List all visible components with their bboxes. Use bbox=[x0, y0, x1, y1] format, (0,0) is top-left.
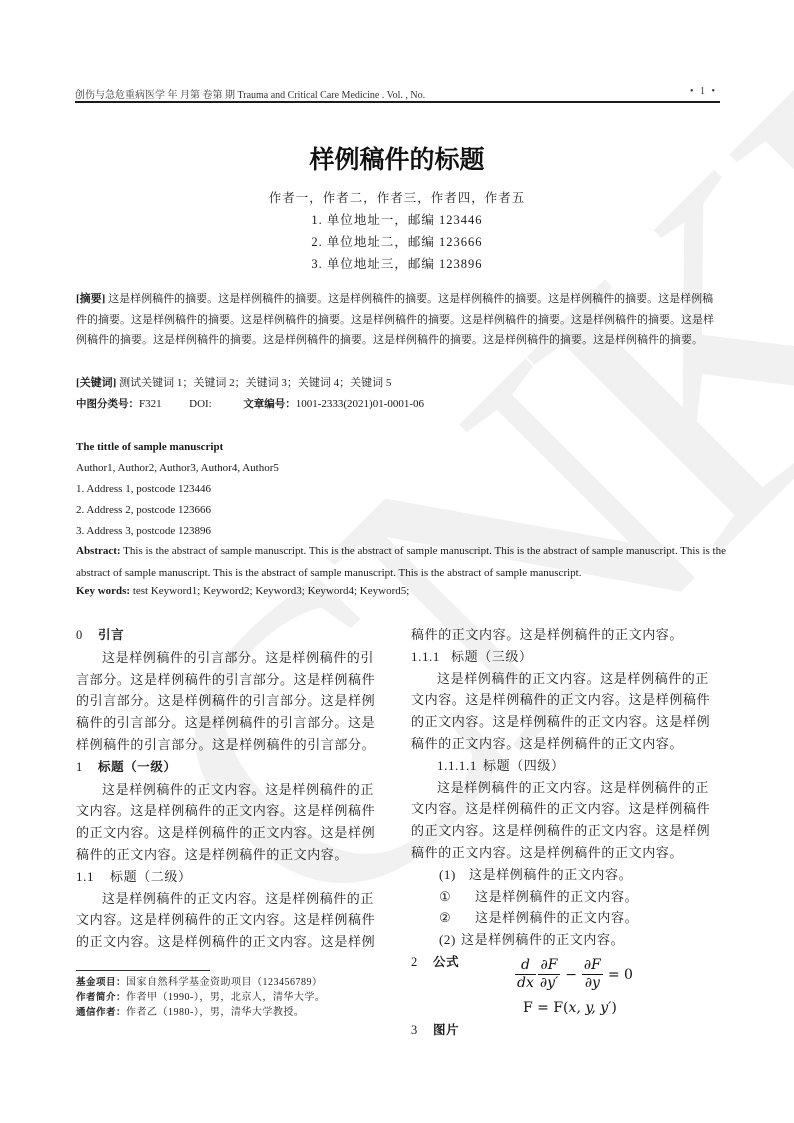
section-1-1-paragraph-continued: 稿件的正文内容。这是样例稿件的正文内容。 bbox=[411, 624, 721, 646]
cn-abstract: [摘要] 这是样例稿件的摘要。这是样例稿件的摘要。这是样例稿件的摘要。这是样例稿… bbox=[76, 289, 720, 351]
section-1-1-1-1-paragraph: 这是样例稿件的正文内容。这是样例稿件的正文内容。这是样例稿件的正文内容。这是样例… bbox=[411, 777, 721, 864]
en-keywords: Key words: test Keyword1; Keyword2; Keyw… bbox=[76, 585, 409, 597]
cn-abstract-text: 这是样例稿件的摘要。这是样例稿件的摘要。这是样例稿件的摘要。这是样例稿件的摘要。… bbox=[76, 293, 714, 346]
footnote-corresponding-author: 通信作者：作者乙（1980-），男，清华大学教授。 bbox=[76, 1003, 304, 1018]
section-heading-0: 0引言 bbox=[76, 624, 384, 647]
footnote-funding: 基金项目：国家自然科学基金资助项目（123456789） bbox=[76, 973, 323, 988]
en-keywords-text: test Keyword1; Keyword2; Keyword3; Keywo… bbox=[130, 585, 409, 597]
formula-euler-lagrange: ddx∂F∂y′−∂F∂y= 0 bbox=[514, 957, 637, 992]
section-heading-3: 3图片 bbox=[411, 1022, 459, 1037]
cn-abstract-label: [摘要] bbox=[76, 293, 105, 305]
running-header: 创伤与急危重病医学 年 月第 卷第 期 Trauma and Critical … bbox=[75, 86, 425, 101]
en-abstract-label: Abstract: bbox=[76, 545, 121, 557]
article-no-label: 文章编号： bbox=[243, 398, 296, 410]
section-1-1-paragraph: 这是样例稿件的正文内容。这是样例稿件的正文内容。这是样例稿件的正文内容。这是样例… bbox=[76, 888, 384, 953]
en-address-1: 1. Address 1, postcode 123446 bbox=[76, 483, 211, 495]
formula-functional: F = F(x, y, y′) bbox=[523, 1000, 617, 1016]
en-abstract: Abstract: This is the abstract of sample… bbox=[76, 541, 726, 584]
en-address-3: 3. Address 3, postcode 123896 bbox=[76, 525, 211, 537]
section-heading-3-wrap: 3图片 bbox=[411, 1019, 459, 1042]
body-column-left: 0引言 这是样例稿件的引言部分。这是样例稿件的引言部分。这是样例稿件的引言部分。… bbox=[76, 624, 384, 953]
fraction: ∂F∂y′ bbox=[538, 957, 560, 992]
author-list: 作者一，作者二，作者三，作者四，作者五 bbox=[0, 188, 794, 206]
list-item: (2)这是样例稿件的正文内容。 bbox=[411, 929, 721, 951]
cn-keywords: [关键词] 测试关键词 1；关键词 2；关键词 3；关键词 4；关键词 5 bbox=[76, 373, 720, 394]
footnote-rule bbox=[76, 970, 210, 971]
en-keywords-label: Key words: bbox=[76, 585, 130, 597]
list-item: ②这是样例稿件的正文内容。 bbox=[411, 907, 721, 929]
page-title: 样例稿件的标题 bbox=[0, 140, 794, 176]
affiliation-2: 2. 单位地址二，邮编 123666 bbox=[0, 232, 794, 250]
en-authors: Author1, Author2, Author3, Author4, Auth… bbox=[76, 462, 279, 474]
section-1-paragraph: 这是样例稿件的正文内容。这是样例稿件的正文内容。这是样例稿件的正文内容。这是样例… bbox=[76, 779, 384, 866]
clc-label: 中图分类号： bbox=[76, 398, 139, 410]
article-no-value: 1001-2333(2021)01-0001-06 bbox=[296, 398, 424, 410]
body-column-right: 稿件的正文内容。这是样例稿件的正文内容。 1.1.1标题（三级） 这是样例稿件的… bbox=[411, 624, 721, 974]
list-item: (1)这是样例稿件的正文内容。 bbox=[411, 864, 721, 886]
section-heading-1-1-1: 1.1.1标题（三级） bbox=[411, 646, 721, 668]
fraction: ∂F∂y bbox=[582, 957, 603, 992]
section-heading-1-1: 1.1标题（二级） bbox=[76, 866, 384, 888]
fraction: ddx bbox=[515, 957, 536, 992]
en-title: The tittle of sample manuscript bbox=[76, 441, 223, 453]
en-address-2: 2. Address 2, postcode 123666 bbox=[76, 504, 211, 516]
intro-paragraph: 这是样例稿件的引言部分。这是样例稿件的引言部分。这是样例稿件的引言部分。这是样例… bbox=[76, 647, 384, 756]
section-heading-1: 1标题（一级） bbox=[76, 756, 384, 779]
section-1-1-1-paragraph: 这是样例稿件的正文内容。这是样例稿件的正文内容。这是样例稿件的正文内容。这是样例… bbox=[411, 668, 721, 755]
header-rule bbox=[75, 101, 720, 103]
page-number: • 1 • bbox=[690, 86, 717, 97]
cn-keywords-text: 测试关键词 1；关键词 2；关键词 3；关键词 4；关键词 5 bbox=[116, 377, 391, 389]
section-heading-1-1-1-1: 1.1.1.1标题（四级） bbox=[411, 755, 721, 777]
affiliation-1: 1. 单位地址一，邮编 123446 bbox=[0, 210, 794, 228]
page: 创伤与急危重病医学 年 月第 卷第 期 Trauma and Critical … bbox=[0, 0, 794, 1123]
en-abstract-text: This is the abstract of sample manuscrip… bbox=[76, 545, 726, 579]
clc-value: F321 bbox=[139, 398, 162, 410]
footnote-author-bio: 作者简介：作者甲（1990-），男，北京人，清华大学。 bbox=[76, 988, 325, 1003]
cn-keywords-label: [关键词] bbox=[76, 377, 116, 389]
classification-line: 中图分类号：F321 DOI: 文章编号：1001-2333(2021)01-0… bbox=[76, 396, 424, 411]
list-item: ①这是样例稿件的正文内容。 bbox=[411, 886, 721, 908]
affiliation-3: 3. 单位地址三，邮编 123896 bbox=[0, 254, 794, 272]
doi-label: DOI: bbox=[189, 398, 212, 410]
